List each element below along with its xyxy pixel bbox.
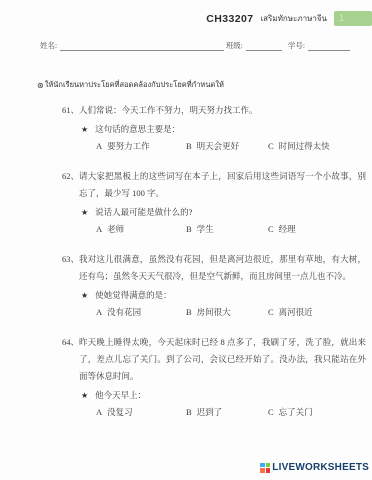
- option-a[interactable]: A老师: [96, 221, 186, 238]
- option-a[interactable]: A要努力工作: [96, 138, 186, 155]
- option-c[interactable]: C时间过得太快: [268, 138, 366, 155]
- option-b[interactable]: B学生: [186, 221, 268, 238]
- page-number-badge: 1: [334, 11, 372, 26]
- instruction-bullet-icon: ⊛: [37, 81, 44, 90]
- class-label: 班级:: [226, 41, 243, 51]
- option-b[interactable]: B房间很大: [186, 304, 268, 321]
- question-list: 61、 人们常说：今天工作不努力，明天努力找工作。 ★ 这句话的意思主要是： A…: [62, 102, 366, 434]
- question-stem: 昨天晚上睡得太晚，今天起床时已经 8 点多了，我刷了牙，洗了脸，就出来了，差点儿…: [79, 334, 366, 385]
- liveworksheets-logo-icon: [260, 463, 270, 473]
- question-63: 63、 我对这儿很满意，虽然没有花园，但是离河边很近，那里有草地，有大树，还有鸟…: [62, 251, 366, 321]
- header: CH33207 เสริมทักษะภาษาจีน 1: [206, 11, 372, 26]
- instruction-line: ⊛ ให้นักเรียนหาประโยคที่สอดคล้องกับประโย…: [37, 79, 224, 91]
- question-number: 61、: [62, 102, 79, 155]
- question-stem: 请大家把黑板上的这些词写在本子上，回家后用这些词语写一个小故事，别忘了，最少写 …: [79, 168, 366, 202]
- worksheet-page: CH33207 เสริมทักษะภาษาจีน 1 姓名: 班级: 学号: …: [0, 0, 372, 480]
- star-icon: ★: [81, 121, 88, 138]
- student-info-row: 姓名: 班级: 学号:: [40, 41, 350, 51]
- question-prompt-line: ★ 使她觉得满意的是：: [81, 287, 366, 304]
- question-prompt-line: ★ 他今天早上：: [81, 387, 366, 404]
- star-icon: ★: [81, 204, 88, 221]
- options-row: A老师 B学生 C经理: [79, 221, 366, 238]
- options-row: A没有花园 B房间很大 C离河很近: [79, 304, 366, 321]
- question-stem: 我对这儿很满意，虽然没有花园，但是离河边很近，那里有草地，有大树，还有鸟；虽然冬…: [79, 251, 366, 285]
- option-b[interactable]: B明天会更好: [186, 138, 268, 155]
- name-label: 姓名:: [40, 41, 57, 51]
- liveworksheets-branding: LIVEWORKSHEETS: [260, 462, 369, 473]
- student-number-input-line[interactable]: [308, 41, 350, 51]
- options-row: A没复习 B迟到了 C忘了关门: [79, 404, 366, 421]
- question-prompt: 他今天早上：: [95, 387, 146, 404]
- question-prompt: 使她觉得满意的是：: [95, 287, 172, 304]
- option-c[interactable]: C离河很近: [268, 304, 366, 321]
- question-number: 63、: [62, 251, 79, 321]
- options-row: A要努力工作 B明天会更好 C时间过得太快: [79, 138, 366, 155]
- class-input-line[interactable]: [246, 41, 282, 51]
- question-prompt: 这句话的意思主要是：: [95, 121, 180, 138]
- star-icon: ★: [81, 287, 88, 304]
- option-a[interactable]: A没复习: [96, 404, 186, 421]
- student-number-label: 学号:: [288, 41, 305, 51]
- course-name: เสริมทักษะภาษาจีน: [260, 12, 327, 25]
- liveworksheets-brand-text: LIVEWORKSHEETS: [272, 462, 369, 473]
- question-stem: 人们常说：今天工作不努力，明天努力找工作。: [79, 102, 366, 119]
- option-a[interactable]: A没有花园: [96, 304, 186, 321]
- name-input-line[interactable]: [60, 41, 224, 51]
- question-61: 61、 人们常说：今天工作不努力，明天努力找工作。 ★ 这句话的意思主要是： A…: [62, 102, 366, 155]
- option-c[interactable]: C经理: [268, 221, 366, 238]
- option-b[interactable]: B迟到了: [186, 404, 268, 421]
- question-prompt-line: ★ 说话人最可能是做什么的?: [81, 204, 366, 221]
- instruction-text: ให้นักเรียนหาประโยคที่สอดคล้องกับประโยคท…: [45, 79, 224, 91]
- question-prompt-line: ★ 这句话的意思主要是：: [81, 121, 366, 138]
- course-code: CH33207: [206, 13, 253, 25]
- question-number: 62、: [62, 168, 79, 238]
- star-icon: ★: [81, 387, 88, 404]
- question-64: 64、 昨天晚上睡得太晚，今天起床时已经 8 点多了，我刷了牙，洗了脸，就出来了…: [62, 334, 366, 421]
- question-prompt: 说话人最可能是做什么的?: [95, 204, 192, 221]
- question-62: 62、 请大家把黑板上的这些词写在本子上，回家后用这些词语写一个小故事，别忘了，…: [62, 168, 366, 238]
- option-c[interactable]: C忘了关门: [268, 404, 366, 421]
- question-number: 64、: [62, 334, 79, 421]
